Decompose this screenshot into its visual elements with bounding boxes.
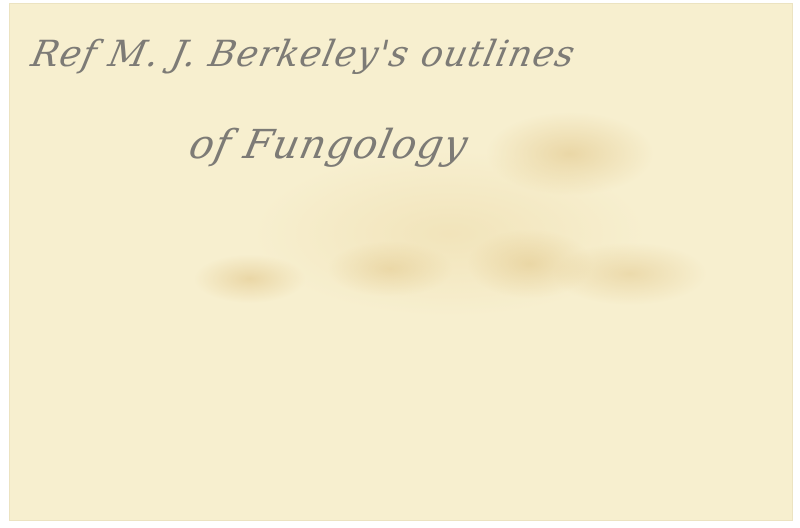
handwritten-line-2: of Fungology [185,122,472,168]
index-card: Ref M. J. Berkeley's outlines of Fungolo… [10,4,792,520]
handwritten-line-1: Ref M. J. Berkeley's outlines [28,34,580,75]
